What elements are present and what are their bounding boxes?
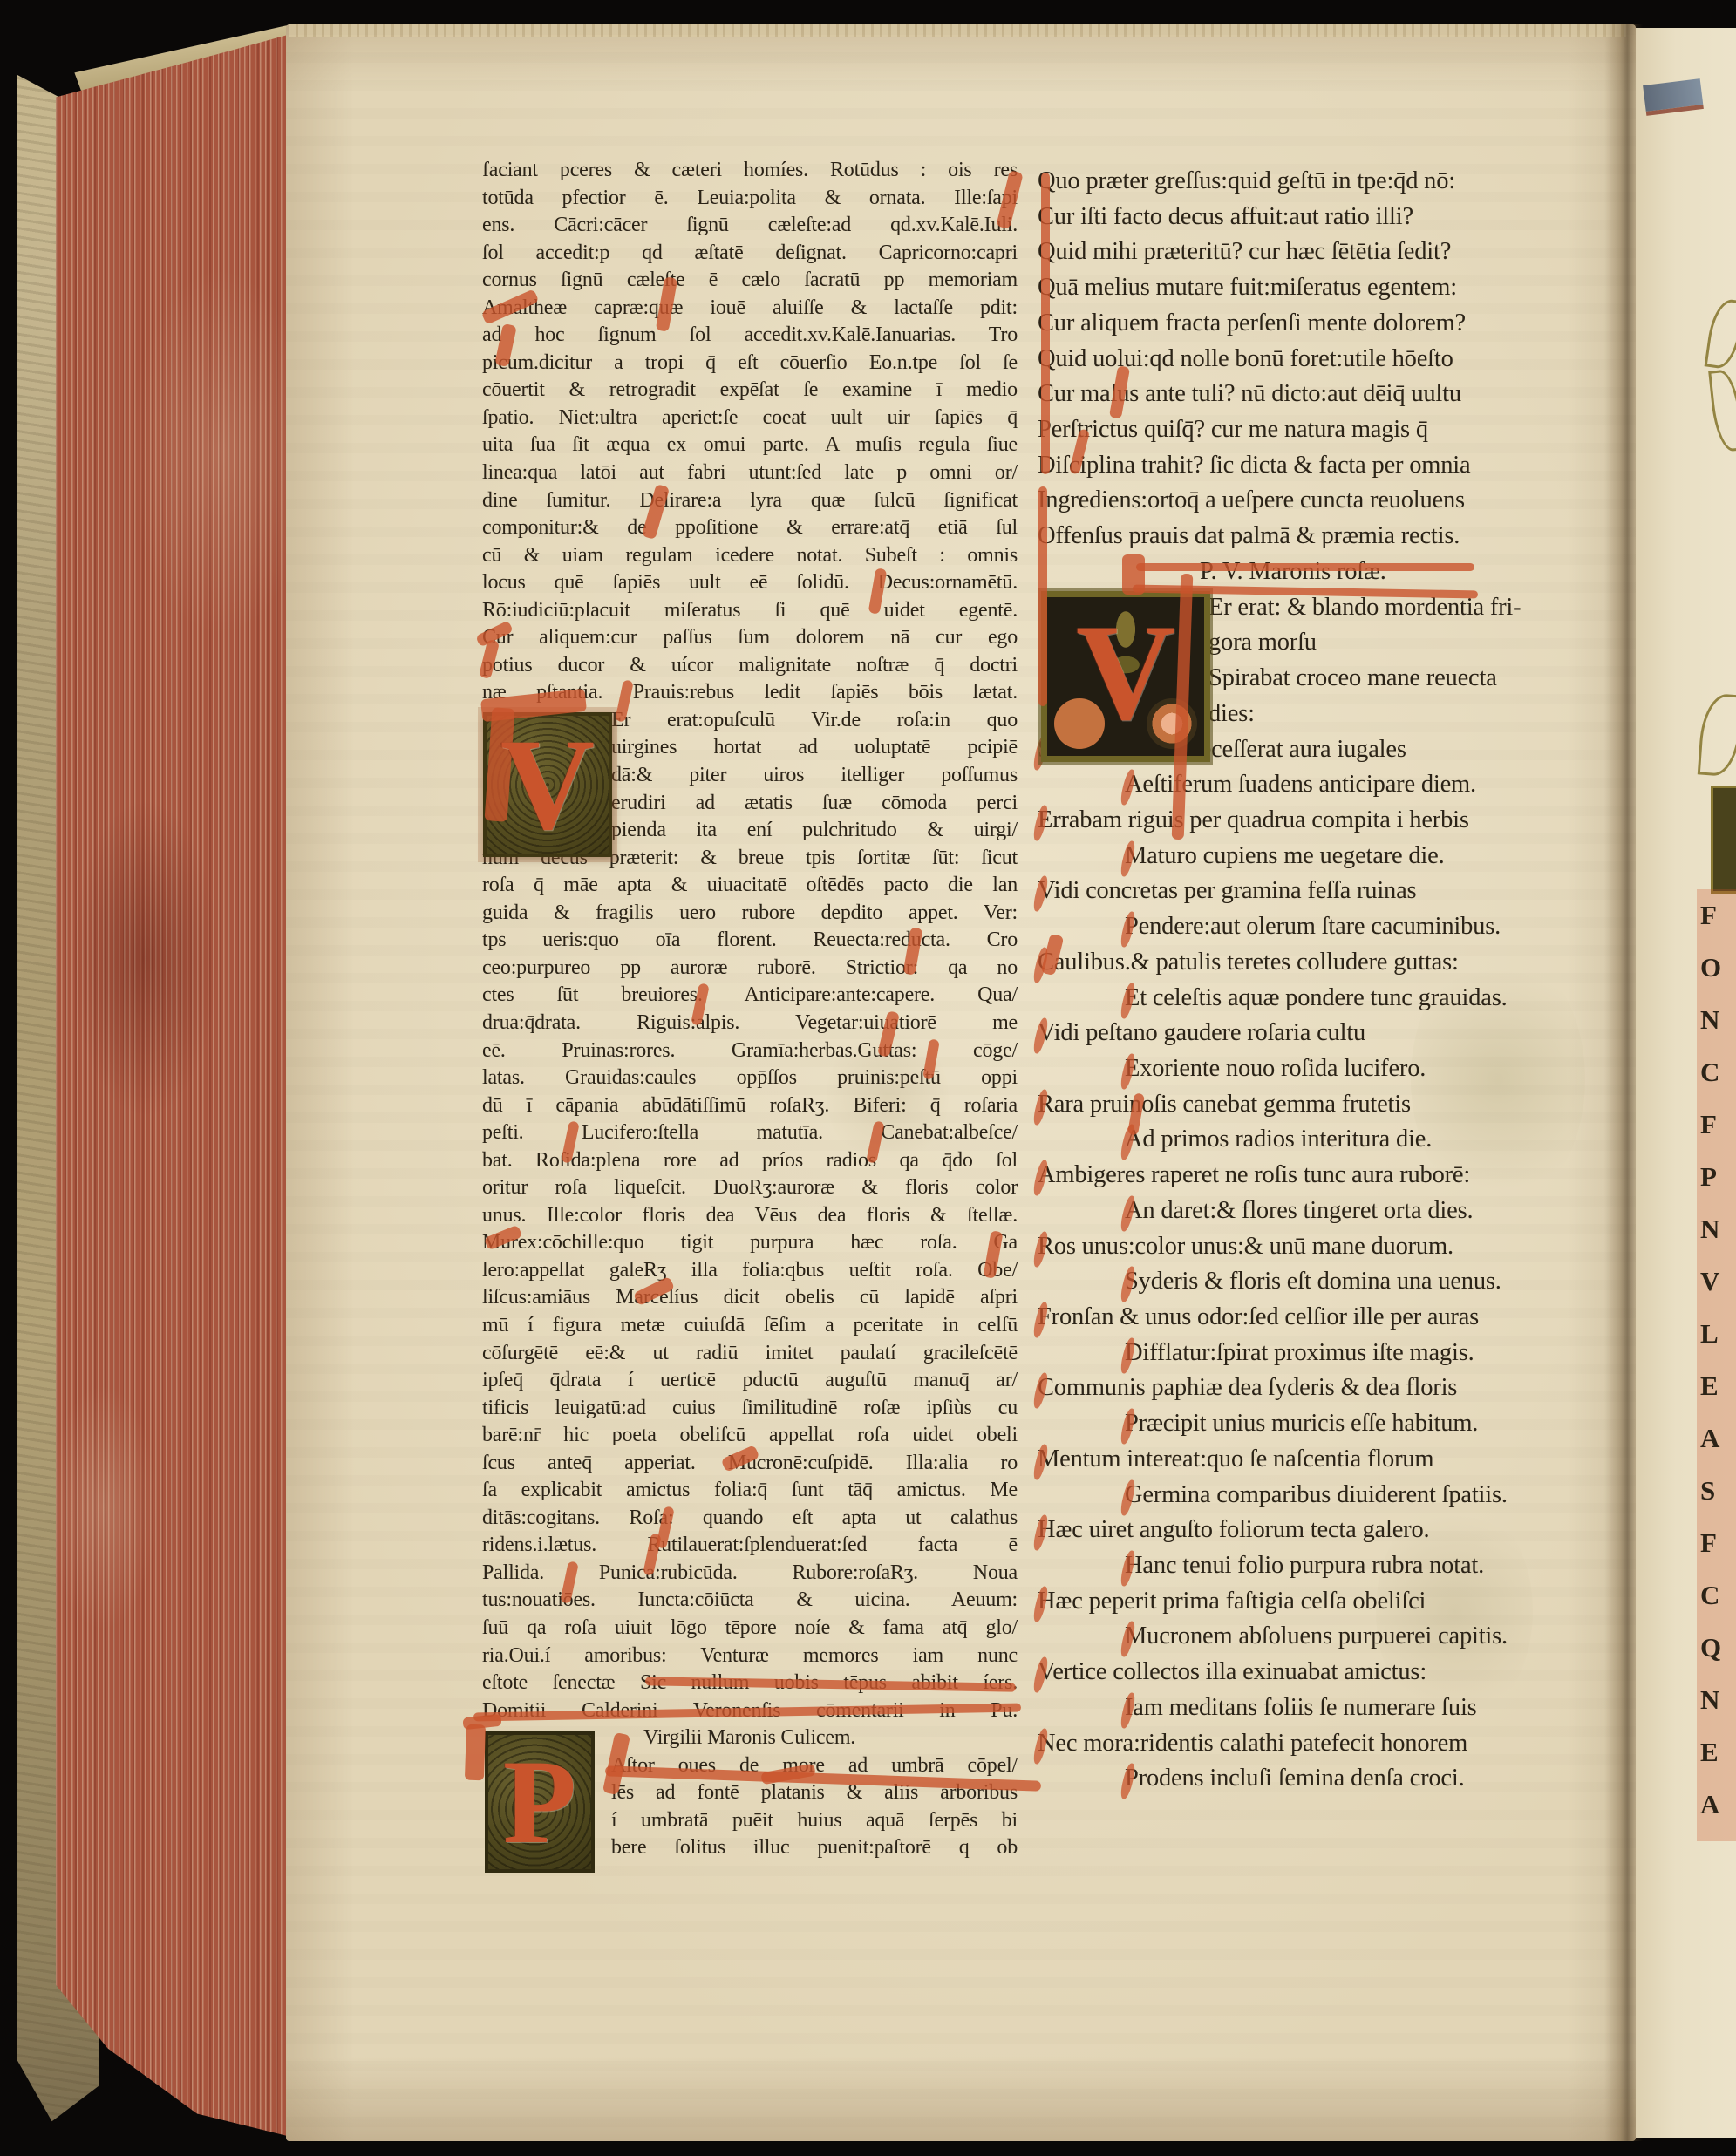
text-line: Hæc uiret anguſto foliorum tecta galero.: [1038, 1513, 1610, 1548]
rubric-tick: [1119, 1194, 1137, 1232]
text-line: Mucronem abſoluens purpuerei capitis.: [1038, 1619, 1610, 1655]
text-line: Communis paphiæ dea ſyderis & dea floris: [1038, 1370, 1610, 1406]
text-line: An daret:& flores tingeret orta dies.: [1038, 1194, 1610, 1229]
cut-off-letter: F: [1700, 1527, 1717, 1559]
text-line: Perſtrictus quiſq̄? cur me natura magis …: [1038, 412, 1610, 448]
cut-off-letter: Q: [1700, 1632, 1721, 1663]
text-line: Quo præter greſſus:quid geſtū in tpe:q̄d…: [1038, 164, 1610, 200]
text-line: ceo:purpureo pp auroræ ruborē. Strictior…: [482, 955, 1018, 983]
text-line: totūda pfectior ē. Leuia:polita & ornata…: [482, 185, 1018, 213]
text-line: Cur iſti facto decus affuit:aut ratio il…: [1038, 200, 1610, 235]
text-line: ipſeq̄ q̄drata í uerticē pductū auguſtū …: [482, 1367, 1018, 1395]
rubric-tick: [1119, 1052, 1137, 1090]
rubric-tick: [1031, 804, 1050, 841]
text-line: cōſurgētē eē:& ut radiū imitet paulatí g…: [482, 1340, 1018, 1368]
text-line: Domitii Calderini Veronenſis cōmentarii …: [482, 1697, 1018, 1725]
text-line: dine ſumitur. Delirare:a lyra quæ ſulcū …: [482, 487, 1018, 515]
rubric-tick: [1031, 1301, 1050, 1338]
text-line: Cur aliquem:cur paſſus ſum dolorem nā cu…: [482, 624, 1018, 652]
cut-off-letter: F: [1700, 900, 1717, 931]
text-line: P. V. Maronis roſæ.: [1038, 554, 1610, 590]
rubric-tick: [1031, 1585, 1050, 1622]
text-line: Cur malus ante tuli? nū dicto:aut dēiq̄ …: [1038, 377, 1610, 412]
text-line: mū í figura metæ cuiuſdā ſēſim a pcerita…: [482, 1312, 1018, 1340]
text-line: locus quē ſapiēs uult eē ſolidū. Decus:o…: [482, 569, 1018, 597]
text-line: guida & fragilis uero rubore depdito app…: [482, 900, 1018, 928]
text-line: Exoriente nouo roſida lucifero.: [1038, 1051, 1610, 1087]
red-stained-page-edges: [56, 30, 291, 2141]
rubric-tick: [1031, 1088, 1050, 1126]
text-line: Iam meditans foliis ſe numerare ſuis: [1038, 1690, 1610, 1726]
text-line: Rō:iudiciū:placuit miſeratus ſi quē uide…: [482, 597, 1018, 625]
rubric-tick: [1119, 1549, 1137, 1587]
rubric-tick: [1031, 1656, 1050, 1693]
text-line: ridens.i.lætus. Rutilauerat:ſplenduerat:…: [482, 1532, 1018, 1560]
text-line: barē:nr̄ hic poeta obeliſcū appellat roſ…: [482, 1422, 1018, 1450]
text-line: ens. Cācri:cācer ſignū cæleſte:ad qd.xv.…: [482, 212, 1018, 240]
text-line: ſcus anteq̄ apperiat. Mucronē:cuſpidē. I…: [482, 1450, 1018, 1478]
text-line: ria.Oui.í amoribus: Venturæ memores iam …: [482, 1643, 1018, 1670]
cut-off-letter: V: [1700, 1266, 1719, 1297]
text-line: Errabam riguis per quadrua compita i her…: [1038, 803, 1610, 839]
text-line: Amaltheæ capræ:quæ iouē aluiſſe & lactaſ…: [482, 295, 1018, 323]
text-line: tps ueris:quo oīa florent. Reuecta:reduc…: [482, 927, 1018, 955]
text-line: latas. Grauidas:caules opp̄ſſos pruinis:…: [482, 1064, 1018, 1092]
cut-off-letter: P: [1700, 1161, 1717, 1193]
rubric-tick: [1031, 1159, 1050, 1196]
text-line: ditās:cogitans. Roſa: quando eſt apta ut…: [482, 1505, 1018, 1533]
rubric-tick: [1031, 1727, 1050, 1765]
rubric-tick: [1119, 1407, 1137, 1445]
text-line: ctes ſūt breuiores. Anticipare:ante:cape…: [482, 982, 1018, 1010]
text-line: eſtote ſenectæ Sic nullum uobis tēpus ab…: [482, 1670, 1018, 1697]
text-line: Rara pruinoſis canebat gemma frutetis: [1038, 1087, 1610, 1123]
book-photo: faciant pceres & cæteri homíes. Rotūdus …: [0, 0, 1736, 2156]
decorated-initial-v-commentary: V: [483, 712, 612, 857]
text-line: unus. Ille:color floris dea Vēus dea flo…: [482, 1202, 1018, 1230]
cut-off-letter: A: [1700, 1423, 1719, 1454]
cut-off-letter: C: [1700, 1580, 1719, 1611]
cut-off-letter: E: [1700, 1737, 1719, 1768]
cut-off-letter: S: [1700, 1475, 1715, 1506]
text-line: faciant pceres & cæteri homíes. Rotūdus …: [482, 157, 1018, 185]
text-line: drua:q̄drata. Riguis:alpis. Vegetar:uiua…: [482, 1010, 1018, 1037]
text-line: Ros unus:color unus:& unū mane duorum.: [1038, 1229, 1610, 1265]
cut-off-letter: F: [1700, 1109, 1717, 1140]
page-head-edges: [289, 24, 1626, 37]
text-line: tificis leuigatū:ad cuius ſimilitudinē r…: [482, 1395, 1018, 1423]
rubric-tick: [1031, 946, 1050, 983]
facing-page-sliver: FONCFPNVLEASFCQNEA: [1636, 28, 1736, 2138]
text-line: dū ī cāpania abūdātiſſimū roſaRʒ. Biferi…: [482, 1092, 1018, 1120]
text-line: linea:qua latōi aut fabri utunt:ſed late…: [482, 459, 1018, 487]
text-line: Diſciplina trahit? ſic dicta & facta per…: [1038, 448, 1610, 484]
text-line: cōuertit & retrogradit expēſat ſe examin…: [482, 377, 1018, 405]
text-line: Aeſtiferum ſuadens anticipare diem.: [1038, 767, 1610, 803]
text-line: potius ducor & uícor malignitate noſtræ …: [482, 652, 1018, 680]
text-line: cū & uiam regulam icedere notat. Subeſt …: [482, 542, 1018, 570]
text-line: bat. Roſida:plena rore ad príos radios q…: [482, 1147, 1018, 1175]
text-line: Præcipit unius muricis eſſe habitum.: [1038, 1406, 1610, 1442]
rubric-tick: [1119, 1336, 1137, 1374]
text-line: eē. Pruinas:rores. Gramīa:herbas.Guttas:…: [482, 1037, 1018, 1065]
text-line: Quā melius mutare fuit:miſeratus egentem…: [1038, 270, 1610, 306]
text-line: uita ſua ſit æqua ex omui parte. A muſis…: [482, 432, 1018, 459]
text-line: Difflatur:ſpirat proximus iſte magis.: [1038, 1336, 1610, 1371]
text-line: componitur:& de ppoſitione & errare:atq̄…: [482, 514, 1018, 542]
cut-off-letter: A: [1700, 1789, 1719, 1820]
text-line: ſpatio. Niet:ultra aperiet:ſe coeat uult…: [482, 405, 1018, 432]
text-line: cornus ſignū cæleſte ē cælo ſacratū pp m…: [482, 267, 1018, 295]
cut-off-letter: C: [1700, 1057, 1719, 1088]
initial-letter: V: [500, 719, 595, 850]
pen-flourish: [1708, 369, 1736, 453]
text-line: Murex:cōchille:quo tigit purpura hæc roſ…: [482, 1229, 1018, 1257]
cut-off-letter: N: [1700, 1004, 1719, 1036]
open-left-page: faciant pceres & cæteri homíes. Rotūdus …: [286, 24, 1636, 2141]
text-line: ſa explicabit amictus folia:q̄ ſunt tāq̄…: [482, 1477, 1018, 1505]
rubric-tick: [1119, 910, 1137, 948]
rubric-tick: [1119, 982, 1137, 1019]
decorated-initial-v-rosa: V: [1041, 591, 1210, 762]
poem-column: Quo præter greſſus:quid geſtū in tpe:q̄d…: [1038, 164, 1610, 1797]
text-line: Offenſus prauis dat palmā & præmia recti…: [1038, 519, 1610, 554]
text-line: ad hoc ſignum ſol accedit.xv.Kalē.Ianuar…: [482, 322, 1018, 350]
text-line: Fronſan & unus odor:ſed celſior ille per…: [1038, 1300, 1610, 1336]
text-line: Syderis & floris eſt domina una uenus.: [1038, 1264, 1610, 1300]
text-line: Germina comparibus diuiderent ſpatiis.: [1038, 1478, 1610, 1513]
initial-letter: P: [503, 1742, 576, 1862]
text-line: Ingrediens:ortoq̄ a ueſpere cuncta reuol…: [1038, 483, 1610, 519]
text-line: Quid mihi præteritū? cur hæc ſētētia ſed…: [1038, 235, 1610, 270]
manicule-flourish: [1698, 693, 1736, 778]
text-line: peſti. Lucifero:ſtella matutīa. Canebat:…: [482, 1119, 1018, 1147]
headband: [1643, 78, 1704, 116]
text-line: tus:nouatiōes. Iuncta:cōiūcta & uicina. …: [482, 1587, 1018, 1615]
text-line: Vertice collectos illa exinuabat amictus…: [1038, 1655, 1610, 1690]
rubric-tick: [1031, 1230, 1050, 1268]
text-line: Nec mora:ridentis calathi patefecit hono…: [1038, 1726, 1610, 1762]
text-line: roſa q̄ māe apta & uiuacitatē oſtēdēs pa…: [482, 872, 1018, 900]
cut-off-initial-bar: [1711, 786, 1736, 894]
text-line: Et celeſtis aquæ pondere tunc grauidas.: [1038, 981, 1610, 1017]
cut-off-letter: N: [1700, 1684, 1719, 1716]
rubric-tick: [1031, 1443, 1050, 1480]
cut-off-letter: N: [1700, 1214, 1719, 1245]
text-line: lero:appellat galeRʒ illa folia:qbus ueſ…: [482, 1257, 1018, 1285]
rubric-tick: [1119, 1621, 1137, 1658]
text-line: picum.dicitur a tropi q̄ eſt cōuerſio Eo…: [482, 350, 1018, 377]
rubric-tick: [1119, 1124, 1137, 1161]
rubric-tick: [1031, 875, 1050, 913]
text-line: Hanc tenui folio purpura rubra notat.: [1038, 1548, 1610, 1584]
text-line: Ad primos radios interitura die.: [1038, 1122, 1610, 1158]
text-line: næ pſtantia. Prauis:rebus ledit ſapiēs b…: [482, 679, 1018, 707]
text-line: Cur aliquem fracta perſenſi mente dolore…: [1038, 306, 1610, 342]
text-line: ſol accedit:p qd æſtatē deſignat. Capric…: [482, 240, 1018, 268]
text-line: Ambigeres raperet ne roſis tunc aura rub…: [1038, 1158, 1610, 1194]
text-line: ſuū qa roſa uiuit lōgo tēpore noíe & fam…: [482, 1615, 1018, 1643]
initial-letter: V: [1076, 604, 1175, 742]
rubric-tick: [1119, 1763, 1137, 1800]
rubric-tick: [1119, 1691, 1137, 1729]
text-line: Pallida. Punica:rubicūda. Rubore:roſaRʒ.…: [482, 1560, 1018, 1588]
rubric-tick: [1119, 1479, 1137, 1516]
rubric-tick: [1031, 1372, 1050, 1410]
commentary-column: faciant pceres & cæteri homíes. Rotūdus …: [482, 157, 1018, 1862]
text-line: Maturo cupiens me uegetare die.: [1038, 839, 1610, 874]
text-line: Pendere:aut olerum ſtare cacuminibus.: [1038, 909, 1610, 945]
decorated-initial-p-culex: P: [485, 1731, 595, 1873]
cut-off-letter: O: [1700, 952, 1721, 983]
text-line: oritur roſa liqueſcit. DuoRʒ:auroræ & fl…: [482, 1174, 1018, 1202]
rubric-tick: [1031, 1017, 1050, 1055]
text-line: Mentum intereat:quo ſe naſcentia florum: [1038, 1442, 1610, 1478]
text-line: Quid uolui:qd nolle bonū foret:utile hōe…: [1038, 342, 1610, 377]
rubric-tick: [1119, 840, 1137, 877]
pen-flourish: [1705, 297, 1736, 371]
text-line: Hæc peperit prima faſtigia celſa obeliſc…: [1038, 1584, 1610, 1620]
cut-off-letter: E: [1700, 1370, 1719, 1402]
text-line: Prodens incluſi ſemina denſa croci.: [1038, 1761, 1610, 1797]
rubric-tick: [1119, 769, 1137, 806]
text-line: Vidi peſtano gaudere roſaria cultu: [1038, 1016, 1610, 1051]
rubric-tick: [1031, 1514, 1050, 1552]
text-line: Vidi concretas per gramina feſſa ruinas: [1038, 874, 1610, 909]
cut-off-letter: L: [1700, 1318, 1719, 1350]
text-line: Caulibus.& patulis teretes colludere gut…: [1038, 945, 1610, 981]
text-line: liſcus:amiāus Marcelíus dicit obelis cū …: [482, 1284, 1018, 1312]
rubric-tick: [1119, 1266, 1137, 1303]
